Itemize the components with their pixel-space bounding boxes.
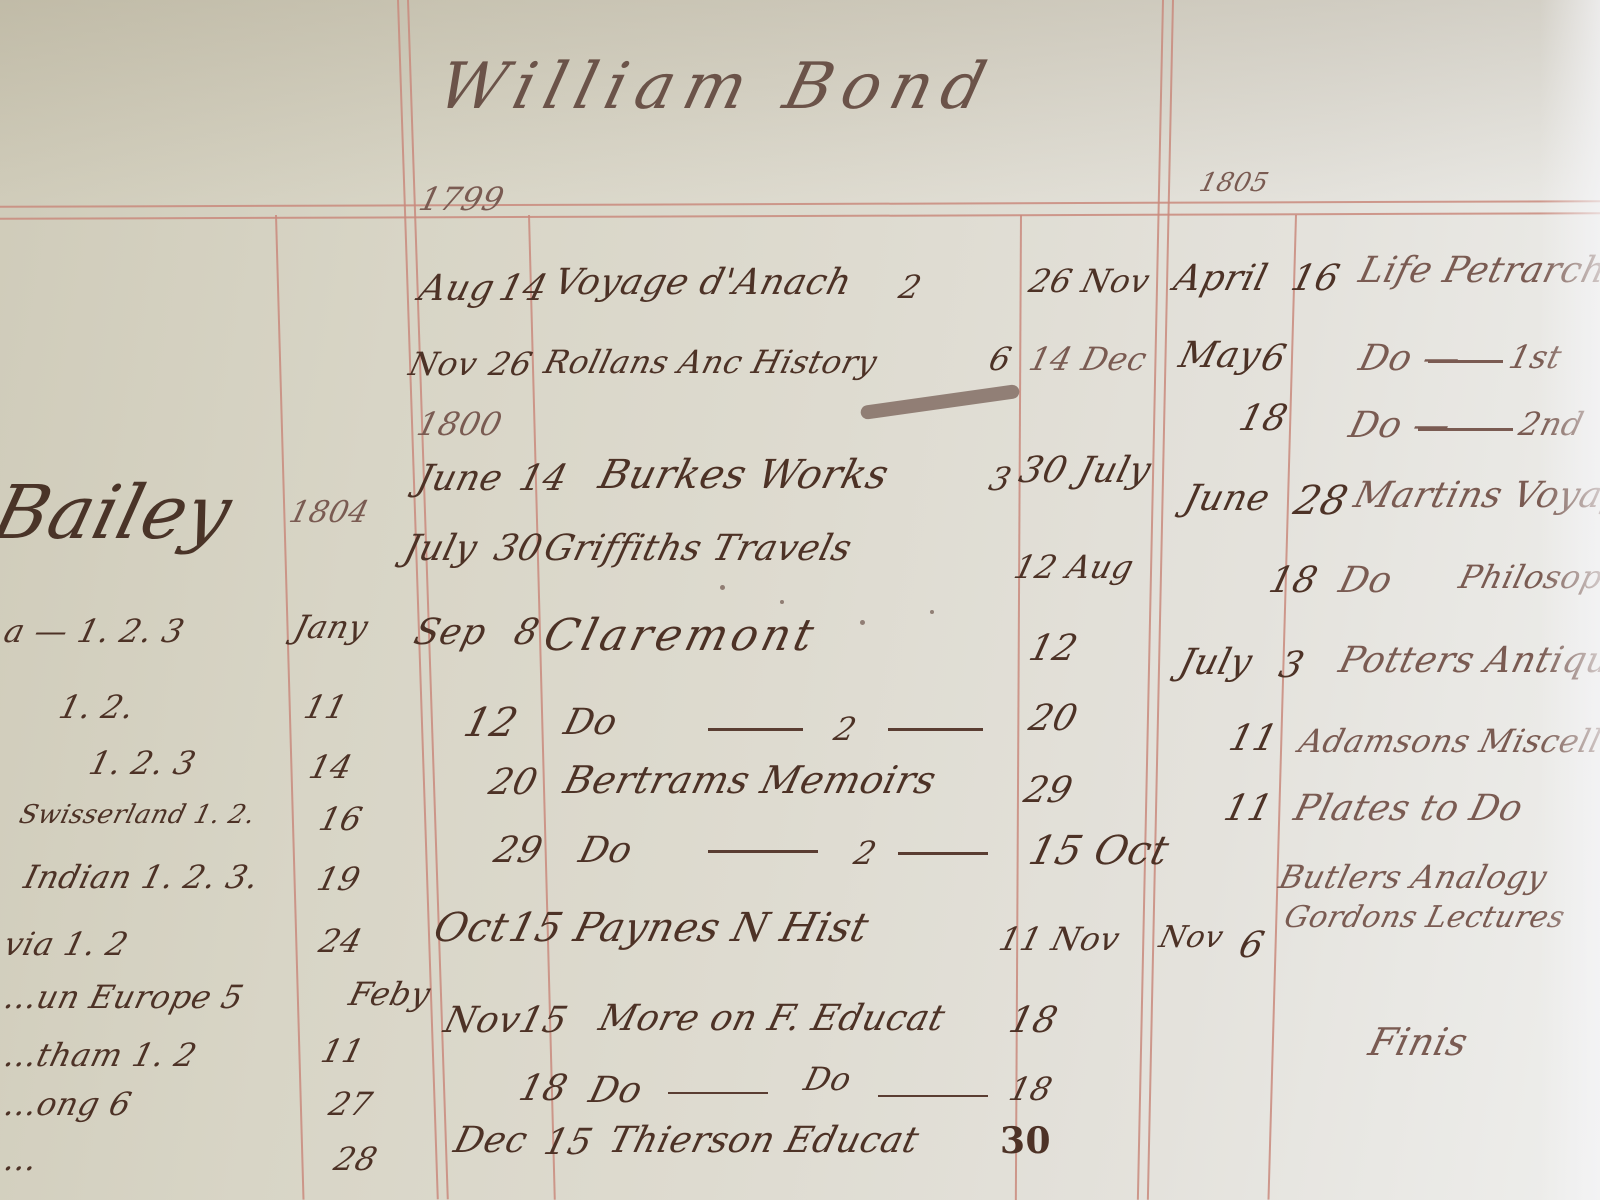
left-entry-text: via 1. 2 <box>0 925 132 963</box>
left-entry-text: a — 1. 2. 3 <box>0 612 188 650</box>
entry-returned: 20 <box>1025 698 1082 739</box>
entry-title: Voyage d'Anach <box>550 262 856 303</box>
entry-title: Thierson Educat <box>605 1120 923 1161</box>
entry-returned: 30 <box>1000 1120 1051 1162</box>
entry-month: May <box>1175 335 1265 376</box>
left-entry-date: Jany <box>290 608 372 646</box>
entry-title: Do — <box>1355 338 1465 379</box>
finis-text: Finis <box>1365 1020 1473 1064</box>
entry-month: Aug <box>415 268 499 309</box>
entry-title: Gordons Lectures <box>1281 900 1569 935</box>
left-entry-date: 24 <box>315 922 366 960</box>
page-edge-highlight <box>1540 0 1600 1200</box>
ink-blot <box>860 384 1020 420</box>
entry-day: 16 <box>1287 258 1344 299</box>
entry-vols: 2 <box>895 268 925 306</box>
entry-title: Paynes N Hist <box>569 905 873 951</box>
entry-returned: 12 Aug <box>1010 548 1138 586</box>
left-entry-date: 11 <box>317 1032 368 1070</box>
entry-title: More on F. Educat <box>595 998 949 1039</box>
left-entry-text: 1. 2. 3 <box>85 744 200 782</box>
entry-returned: 15 Oct <box>1024 828 1173 874</box>
entry-vols: Do <box>800 1060 855 1098</box>
ditto-dash <box>668 1092 768 1094</box>
entry-month: Nov <box>440 1000 525 1041</box>
ink-speck <box>860 620 865 625</box>
entry-day: 3 <box>1275 645 1309 686</box>
entry-day: 6 <box>1235 925 1269 966</box>
entry-returned: 14 Dec <box>1025 340 1151 378</box>
left-entry-text: …tham 1. 2 <box>0 1036 201 1074</box>
entry-month: Dec <box>450 1120 532 1161</box>
column-rule <box>1015 215 1022 1200</box>
entry-title: Plates to Do <box>1290 788 1527 829</box>
column-rule <box>275 215 305 1200</box>
entry-title: Griffiths Travels <box>540 528 856 569</box>
left-year: 1804 <box>286 495 373 530</box>
entry-day: 14 <box>515 458 572 499</box>
ditto-dash <box>708 850 818 853</box>
header-rule-double <box>0 212 1600 220</box>
entry-day: 18 <box>515 1068 572 1109</box>
entry-month: July <box>400 528 482 569</box>
ditto-dash <box>888 728 983 731</box>
left-entry-date: 19 <box>313 860 364 898</box>
entry-vols: 3 <box>985 460 1015 498</box>
entry-day: 18 <box>1235 398 1292 439</box>
ditto-dash <box>898 852 988 855</box>
ditto-dash <box>1428 360 1503 363</box>
entry-day: 12 <box>459 700 522 746</box>
entry-month: July <box>1175 642 1257 683</box>
left-entry-date: 27 <box>325 1085 376 1123</box>
entry-returned: 18 <box>1005 1000 1062 1041</box>
entry-day: 18 <box>1265 560 1322 601</box>
year-marker: 1800 <box>413 405 506 443</box>
entry-title: Do — <box>1345 405 1455 446</box>
left-entry-text: … <box>0 1140 42 1178</box>
entry-title: Do <box>575 830 637 871</box>
year-right: 1805 <box>1196 168 1272 198</box>
left-entry-date: 14 <box>305 748 356 786</box>
ink-speck <box>930 610 934 614</box>
header-rule <box>0 200 1600 208</box>
entry-day: 26 <box>485 345 536 383</box>
left-entry-date: Feby <box>345 975 434 1013</box>
entry-month: June <box>1180 478 1274 519</box>
entry-vols: 2 <box>850 834 880 872</box>
left-entry-text: Swisserland 1. 2. <box>16 800 258 830</box>
entry-month: Nov <box>1156 920 1227 955</box>
ditto-dash <box>1418 428 1513 431</box>
entry-title: Burkes Works <box>594 452 893 498</box>
entry-day: 28 <box>1289 478 1352 524</box>
entry-day: 11 <box>1220 788 1277 829</box>
entry-vols: 2 <box>830 710 860 748</box>
entry-day: 15 <box>504 905 567 951</box>
entry-returned: 29 <box>1020 770 1077 811</box>
left-entry-date: 28 <box>330 1140 381 1178</box>
entry-day: 29 <box>490 830 547 871</box>
entry-vols: 6 <box>985 340 1015 378</box>
left-entry-text: …un Europe 5 <box>0 978 247 1016</box>
entry-month: Oct <box>429 905 513 951</box>
entry-title: Do <box>585 1070 647 1111</box>
entry-title: Rollans Anc History <box>540 343 881 381</box>
ink-speck <box>720 585 725 590</box>
entry-returned: 30 July <box>1015 450 1155 491</box>
entry-title: Claremont <box>539 610 823 661</box>
left-entry-text: …ong 6 <box>0 1085 135 1123</box>
left-entry-date: 16 <box>315 800 366 838</box>
year-left: 1799 <box>415 180 508 218</box>
ink-speck <box>780 600 784 604</box>
entry-day: 11 <box>1225 718 1282 759</box>
entry-title: Do <box>560 702 622 743</box>
entry-day: 20 <box>485 762 542 803</box>
entry-month: April <box>1170 258 1272 299</box>
entry-returned: 26 Nov <box>1025 262 1154 300</box>
entry-day: 15 <box>515 1000 572 1041</box>
entry-month: Nov <box>405 345 481 383</box>
entry-title: Butlers Analogy <box>1275 858 1551 896</box>
left-entry-text: Indian 1. 2. 3. <box>20 858 263 896</box>
ditto-dash <box>708 728 803 731</box>
entry-day: 15 <box>540 1122 597 1163</box>
left-account-name: Bailey <box>0 470 240 556</box>
entry-month: June <box>413 458 507 499</box>
account-name: William Bond <box>431 50 1003 124</box>
entry-returned: 18 <box>1005 1070 1056 1108</box>
entry-title: Do <box>1335 560 1397 601</box>
left-entry-text: 1. 2. <box>55 688 138 726</box>
ledger-page: William Bond 1799 1805 Bailey 1804 a — 1… <box>0 0 1600 1200</box>
entry-title: Bertrams Memoirs <box>560 758 941 802</box>
left-entry-date: 11 <box>300 688 351 726</box>
entry-returned: 11 Nov <box>995 920 1124 958</box>
entry-returned: 12 <box>1025 628 1082 669</box>
ditto-dash <box>878 1095 988 1097</box>
entry-month: Sep <box>410 612 491 653</box>
entry-day: 14 <box>495 268 552 309</box>
